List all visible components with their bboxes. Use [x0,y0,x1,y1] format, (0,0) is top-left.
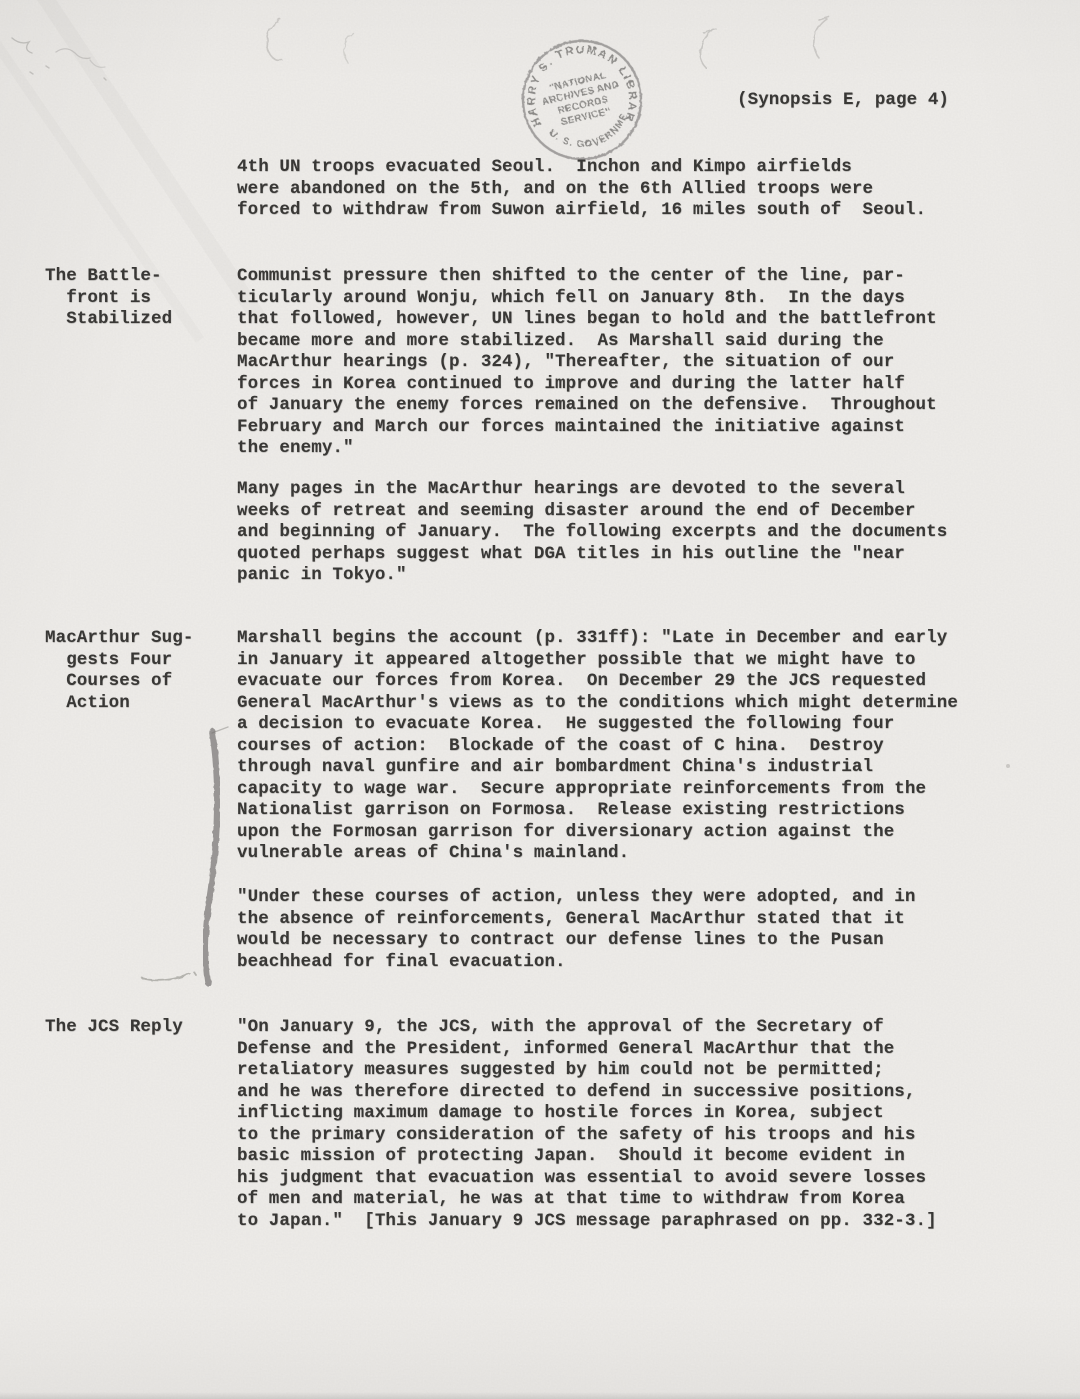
scan-bottom-edge-shadow [0,1392,1080,1399]
scanned-document-page: { "document": { "header": "(Synopsis E, … [0,0,1080,1399]
paper-grain [0,0,1080,1399]
